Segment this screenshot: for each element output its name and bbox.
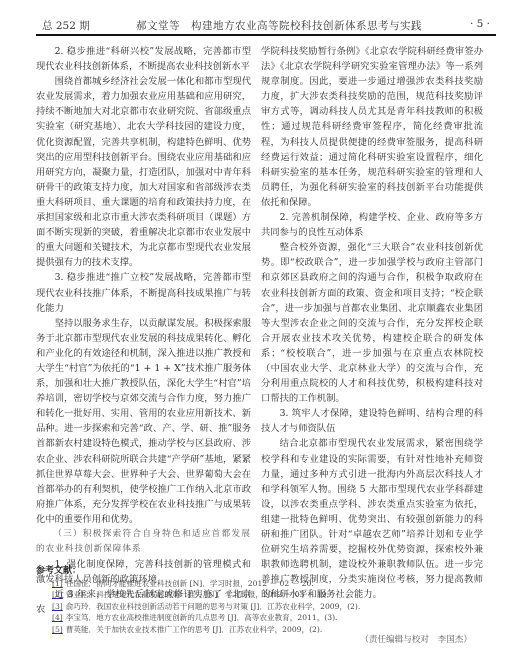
running-header: 总 252 期 郝文堂等 构建地方农业高等院校科技创新体系思考与实践 · 5 ·: [36, 12, 496, 34]
reference-item: [2]曾业松．科技是现代农业发展的第一推力 [N]．学习时报，2012 － 03…: [36, 589, 496, 600]
page-number: · 5 ·: [470, 18, 490, 30]
paragraph-continued: 学院科技奖励暂行条例》《北京农学院科研经费审签办法》《北京农学院科学研究实验室管…: [261, 44, 483, 210]
left-column: 2. 稳步推进“科研兴校”发展战略，完善都市型现代农业科技创新体系，不断提高农业…: [36, 44, 251, 618]
paragraph: 整合校外资源，强化“三大联合”农业科技创新优势。即“校政联合”，进一步加强学校与…: [261, 240, 483, 406]
reference-item: [4]李宝笃．地方农业高校推进制度创新的几点思考 [J]．高等农业教育，2011…: [36, 612, 496, 623]
running-title: 郝文堂等 构建地方农业高等院校科技创新体系思考与实践: [136, 18, 422, 33]
editor-note: （责任编辑与校对 李国杰）: [360, 633, 472, 645]
reference-text: 曹英能．关于加快农业技术推广工作的思考 [J]．江苏农业科学，2009，(2).: [66, 625, 323, 634]
reference-text: 李宝笃．地方农业高校推进制度创新的几点思考 [J]．高等农业教育，2011，(3…: [66, 613, 338, 622]
subsection-heading: （三）积极探索符合自身特色和适应首都发展的农业科技创新保障体系: [36, 527, 251, 557]
paragraph: 围绕首都城乡经济社会发展一体化和都市型现代农业发展需求，着力加强农业应用基础和应…: [36, 74, 251, 270]
section-heading: 2. 完善机制保障，构建学校、企业、政府等多方共同参与的良性互动体系: [261, 210, 483, 240]
right-column: 学院科技奖励暂行条例》《北京农学院科研经费审签办法》《北京农学院科学研究实验室管…: [261, 44, 483, 602]
header-rule: [36, 34, 496, 36]
reference-item: [1]任国征．协同才能推进农业科技创新 [N]．学习时报，2012 － 02 －…: [36, 578, 496, 589]
section-heading: 3. 稳步推进“推广立校”发展战略，完善都市型现代农业科技推广体系，不断提高科技…: [36, 270, 251, 315]
issue-number: 总 252 期: [42, 18, 90, 33]
reference-link[interactable]: [3]: [52, 602, 63, 611]
reference-text: 任国征．协同才能推进农业科技创新 [N]．学习时报，2012 － 02 － 20…: [66, 579, 314, 588]
paragraph: 坚持以服务求生存，以贡献谋发展。积极探索服务于北京都市型现代农业发展的科技成果转…: [36, 316, 251, 527]
references-title: 参考文献：: [36, 563, 496, 576]
reference-link[interactable]: [2]: [52, 590, 63, 599]
references: 参考文献： [1]任国征．协同才能推进农业科技创新 [N]．学习时报，2012 …: [36, 563, 496, 635]
reference-link[interactable]: [1]: [52, 579, 63, 588]
reference-text: 曾业松．科技是现代农业发展的第一推力 [N]．学习时报，2012 － 03 － …: [66, 590, 329, 599]
reference-link[interactable]: [5]: [52, 625, 63, 634]
reference-text: 俞巧玲．我国农业科技创新活动若干问题的思考与对策 [J]．江苏农业科学，2009…: [66, 602, 360, 611]
reference-item: [3]俞巧玲．我国农业科技创新活动若干问题的思考与对策 [J]．江苏农业科学，2…: [36, 601, 496, 612]
section-heading: 3. 筑牢人才保障，建设特色鲜明、结构合理的科技人才与师资队伍: [261, 406, 483, 436]
section-heading: 2. 稳步推进“科研兴校”发展战略，完善都市型现代农业科技创新体系，不断提高农业…: [36, 44, 251, 74]
reference-link[interactable]: [4]: [52, 613, 63, 622]
